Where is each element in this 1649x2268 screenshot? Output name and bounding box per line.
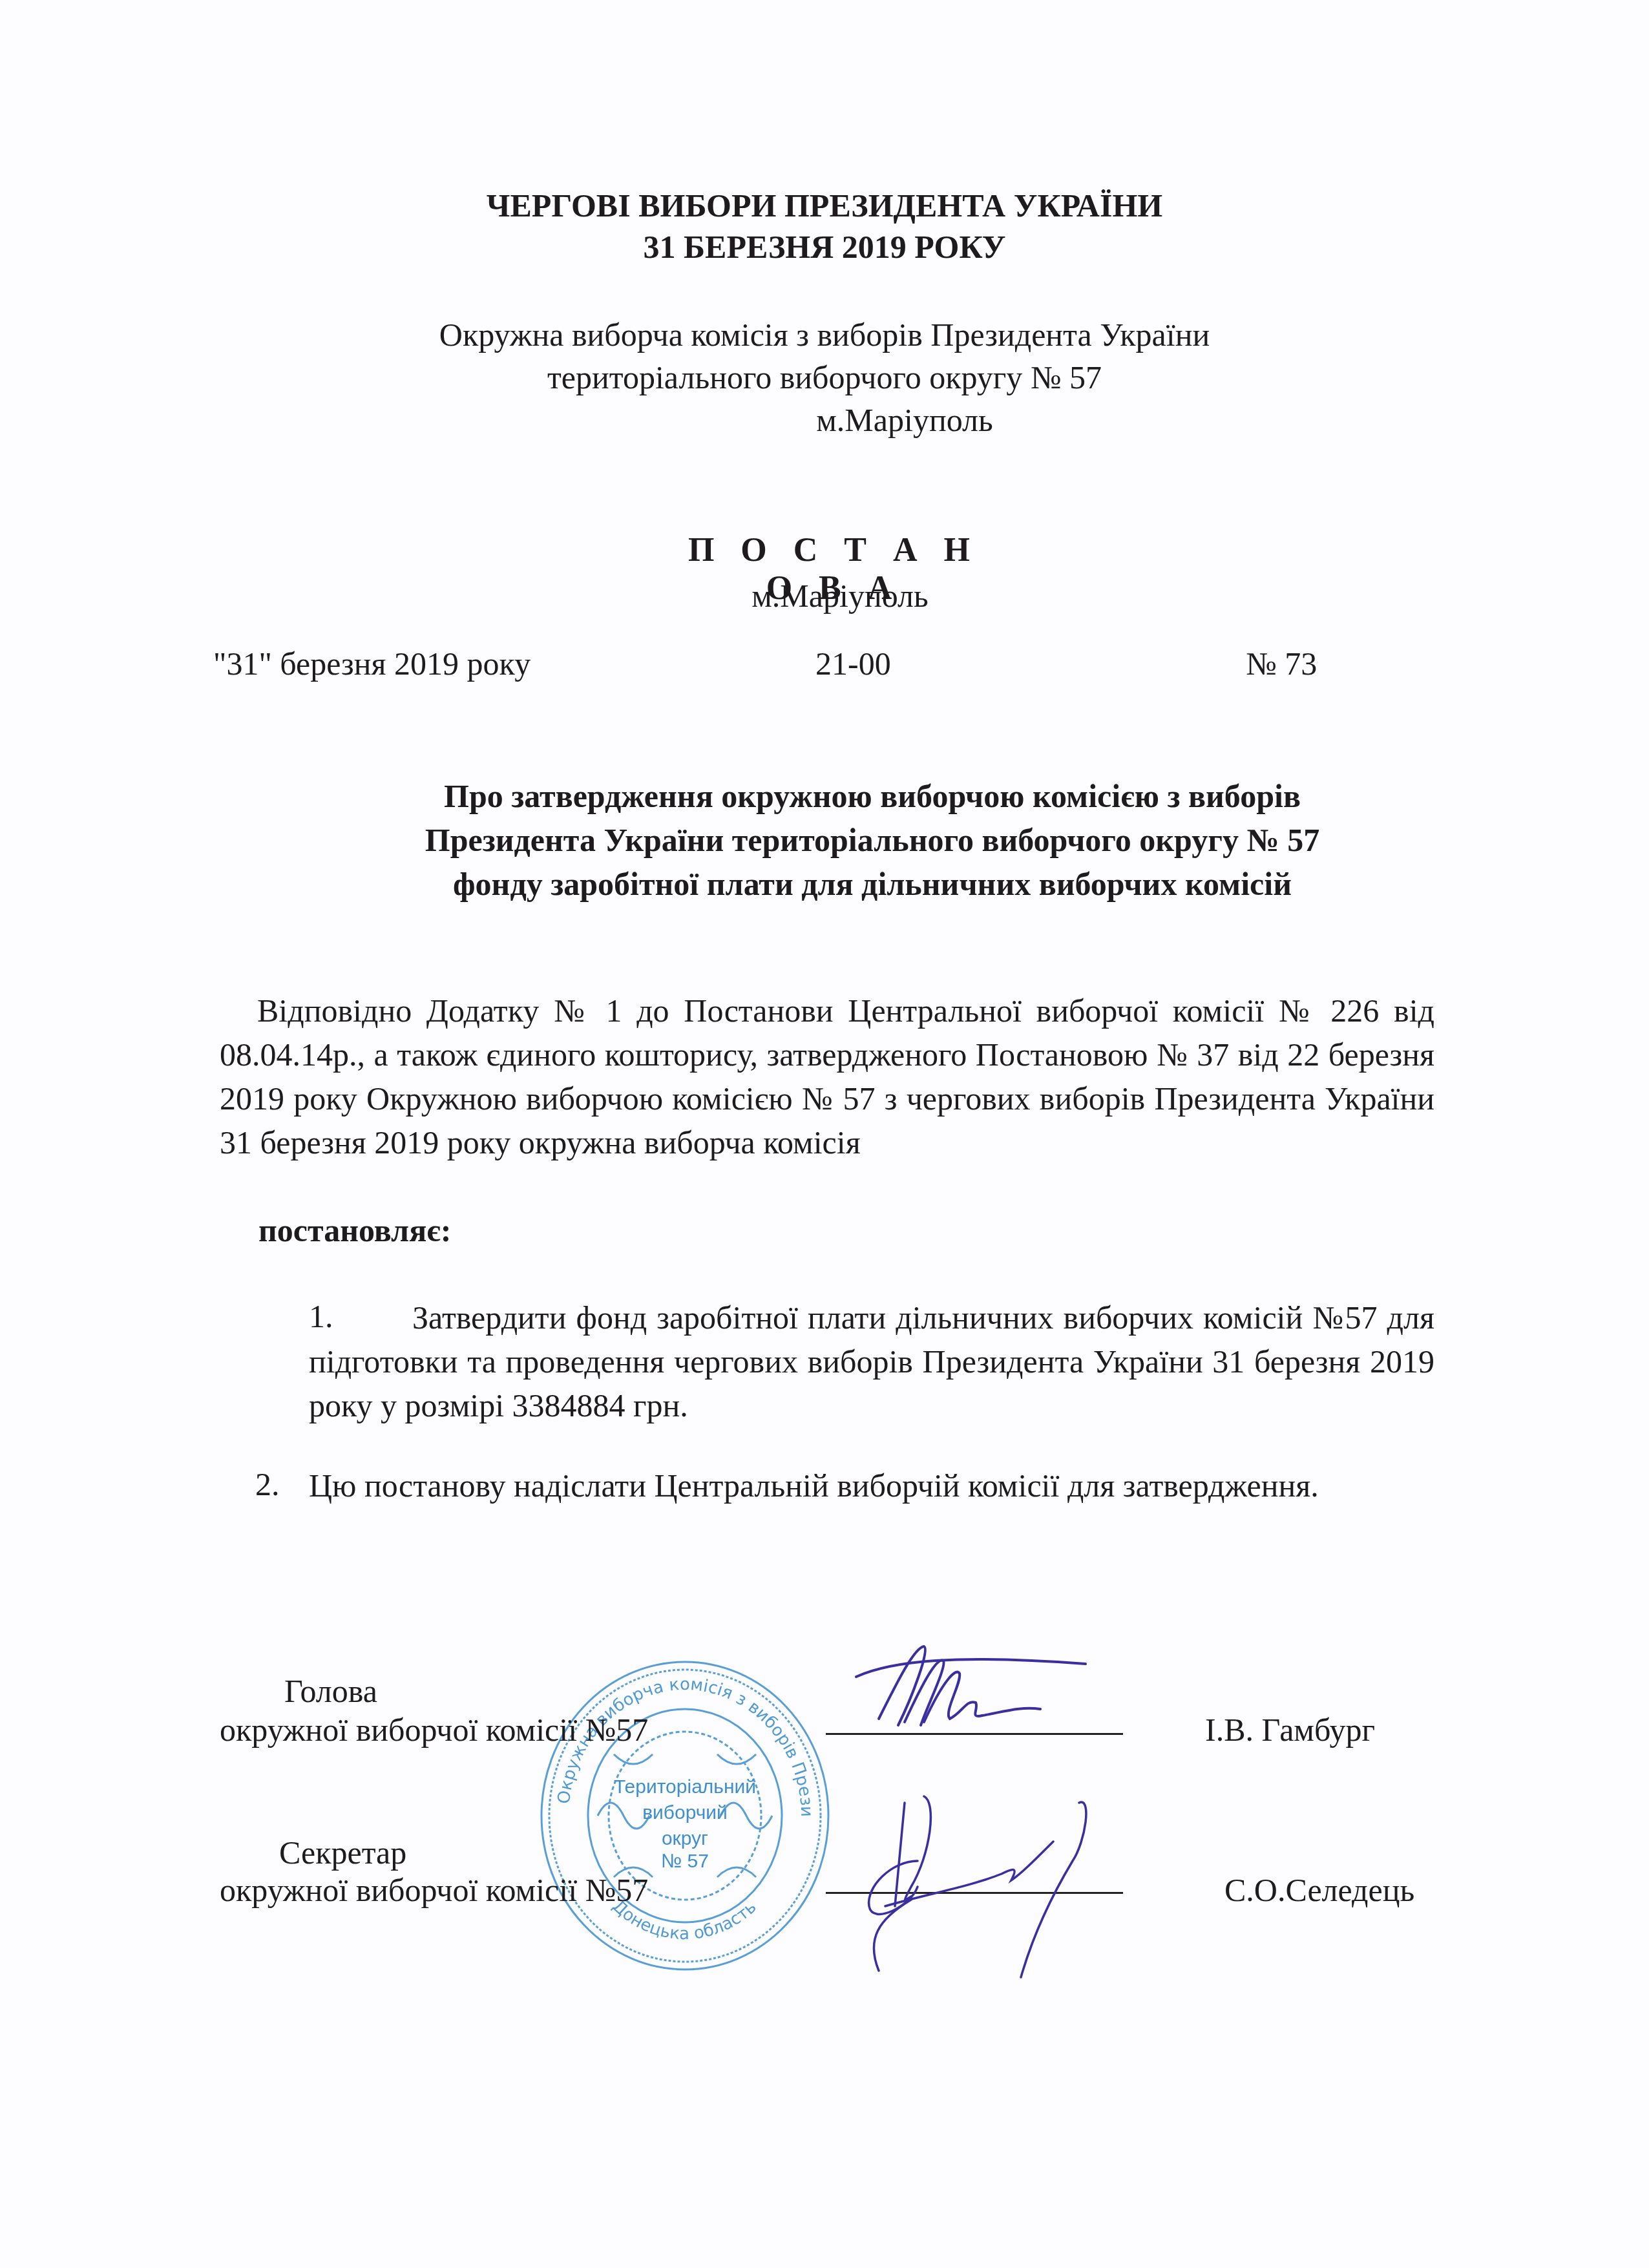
- resolution-number: № 73: [1246, 643, 1317, 684]
- stamp-center-line1: Територіальний: [614, 1776, 756, 1798]
- election-title-line1: ЧЕРГОВІ ВИБОРИ ПРЕЗИДЕНТА УКРАЇНИ: [0, 185, 1649, 226]
- resolution-date: "31" березня 2019 року: [213, 643, 530, 684]
- item-1-text: Затвердити фонд заробітної плати дільнич…: [309, 1296, 1434, 1427]
- secretary-name: С.О.Селедець: [1224, 1869, 1414, 1911]
- chair-role-commission: окружної виборчої комісії №57: [220, 1709, 648, 1750]
- stamp-center-line3: округ: [662, 1828, 708, 1849]
- secretary-signature: [840, 1777, 1124, 1984]
- secretary-role-commission: окружної виборчої комісії №57: [220, 1869, 648, 1911]
- commission-name-line2: територіального виборчого округу № 57: [0, 357, 1649, 398]
- resolution-time: 21-00: [815, 643, 891, 684]
- chair-signature: [853, 1641, 1124, 1738]
- stamp-center-line2: виборчий: [642, 1802, 728, 1823]
- chair-role-title: Голова: [284, 1670, 377, 1712]
- subject-line1: Про затвердження окружною виборчою коміс…: [323, 775, 1422, 817]
- election-title-line2: 31 БЕРЕЗНЯ 2019 РОКУ: [0, 226, 1649, 268]
- subject-line3: фонду заробітної плати для дільничних ви…: [323, 863, 1422, 905]
- secretary-role-title: Секретар: [279, 1832, 406, 1873]
- decides-label: постановляє:: [258, 1210, 451, 1251]
- chair-name: І.В. Гамбург: [1205, 1709, 1375, 1750]
- commission-city: м.Маріуполь: [775, 399, 1034, 441]
- item-2-number: 2.: [255, 1464, 280, 1505]
- resolution-city: м.Маріуполь: [711, 575, 969, 616]
- stamp-center-line4: № 57: [661, 1851, 709, 1872]
- preamble-text: Відповідно Додатку № 1 до Постанови Цент…: [220, 989, 1434, 1164]
- official-stamp: Окружна виборча комісія з виборів Презид…: [536, 1657, 834, 1974]
- commission-name-line1: Окружна виборча комісія з виборів Презид…: [0, 314, 1649, 355]
- item-2-text: Цю постанову надіслати Центральній вибор…: [309, 1464, 1434, 1507]
- subject-line2: Президента України територіального вибор…: [323, 819, 1422, 861]
